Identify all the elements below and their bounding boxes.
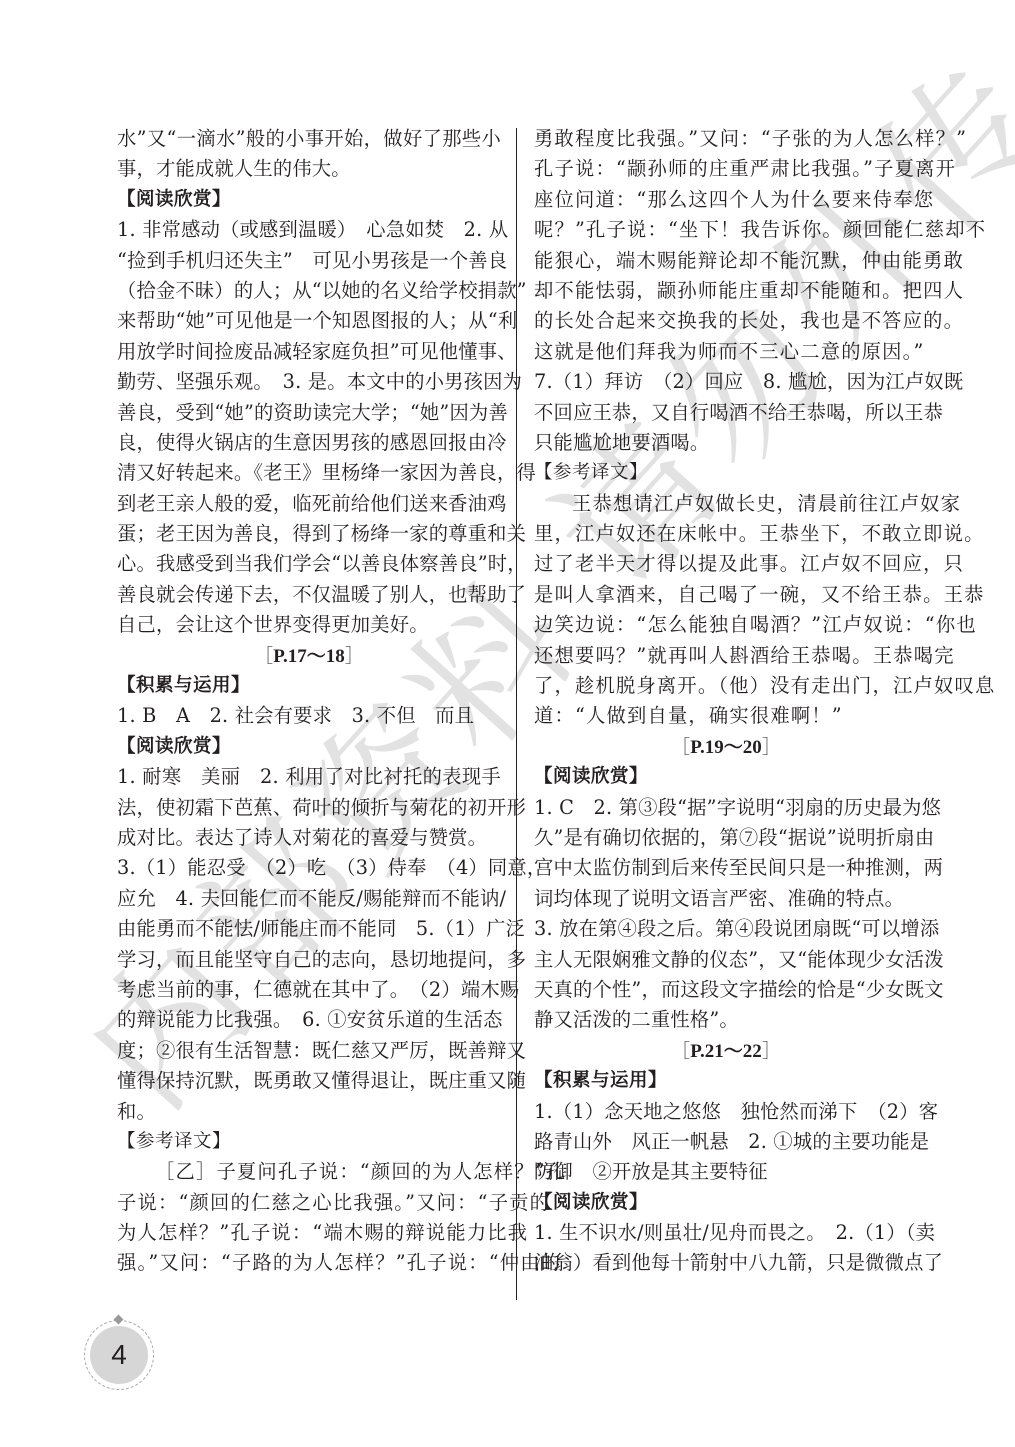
section-heading: 【阅读欣赏】: [117, 185, 501, 215]
answer-line: 到老王亲人般的爱，临死前给他们送来香油鸡: [117, 489, 501, 519]
section-heading: 【积累与运用】: [117, 671, 501, 701]
page-range-label: ［P.17～18］: [117, 641, 501, 671]
translation-line: 里，江卢奴还在床帐中。王恭坐下，不敢立即说。: [534, 519, 918, 549]
translation-line: 勇敢程度比我强。”又问：“子张的为人怎么样？”: [534, 124, 918, 154]
answer-line: 应允 4. 夫回能仁而不能反/赐能辩而不能讷/: [117, 884, 501, 914]
translation-line: 呢？”孔子说：“坐下！我告诉你。颜回能仁慈却不: [534, 215, 918, 245]
answer-line: 天真的个性”，而这段文字描绘的恰是“少女既文: [534, 975, 918, 1005]
answer-line: 度；②很有生活智慧：既仁慈又严厉，既善辩又: [117, 1036, 501, 1066]
section-heading: 【参考译文】: [534, 458, 918, 488]
answer-line: 宫中太监仿制到后来传至民间只是一种推测，两: [534, 853, 918, 883]
translation-line: 了，趁机脱身离开。（他）没有走出门，江卢奴叹息: [534, 671, 918, 701]
answer-line: 防御 ②开放是其主要特征: [534, 1157, 918, 1187]
page-number-badge: 4: [84, 1320, 154, 1390]
answer-line: 水”又“一滴水”般的小事开始，做好了那些小: [117, 124, 501, 154]
answer-line: 油翁）看到他每十箭射中八九箭，只是微微点了: [534, 1248, 918, 1278]
answer-line: 懂得保持沉默，既勇敢又懂得退让，既庄重又随: [117, 1066, 501, 1096]
answer-line: 1. C 2. 第③段“据”字说明“羽扇的历史最为悠: [534, 793, 918, 823]
answer-line: 静又活泼的二重性格”。: [534, 1005, 918, 1035]
answer-line: 来帮助“她”可见他是一个知恩图报的人；从“利: [117, 306, 501, 336]
answer-line: 1. 耐寒 美丽 2. 利用了对比衬托的表现手: [117, 762, 501, 792]
translation-line: 为人怎样？”孔子说：“端木赐的辩说能力比我: [117, 1218, 501, 1248]
translation-line: 孔子说：“颛孙师的庄重严肃比我强。”子夏离开: [534, 154, 918, 184]
answer-line: 自己，会让这个世界变得更加美好。: [117, 610, 501, 640]
translation-line: 子说：“颜回的仁慈之心比我强。”又问：“子贡的: [117, 1188, 501, 1218]
column-divider: [516, 128, 517, 1300]
translation-line: ［乙］子夏问孔子说：“颜回的为人怎样？”孔: [117, 1157, 501, 1187]
answer-line: 心。我感受到当我们学会“以善良体察善良”时，: [117, 549, 501, 579]
translation-line: 是叫人拿酒来，自己喝了一碗，又不给王恭。王恭: [534, 580, 918, 610]
answer-line: 良，使得火锅店的生意因男孩的感恩回报由冷: [117, 428, 501, 458]
page-range-text: P.21～22: [690, 1041, 762, 1062]
section-heading: 【参考译文】: [117, 1127, 501, 1157]
translation-line: 能狠心，端木赐能辩论却不能沉默，仲由能勇敢: [534, 246, 918, 276]
translation-line: 还想要吗？”就再叫人斟酒给王恭喝。王恭喝完: [534, 641, 918, 671]
answer-line: 1. 生不识水/则虽壮/见舟而畏之。 2.（1）（卖: [534, 1218, 918, 1248]
answer-line: 学习，而且能坚守自己的志向，恳切地提问，多: [117, 945, 501, 975]
right-column: 勇敢程度比我强。”又问：“子张的为人怎么样？”孔子说：“颛孙师的庄重严肃比我强。…: [534, 124, 918, 1279]
answer-line: 善良，受到“她”的资助读完大学；“她”因为善: [117, 398, 501, 428]
answer-line: 的辩说能力比我强。 6. ①安贫乐道的生活态: [117, 1005, 501, 1035]
answer-line: 不回应王恭，又自行喝酒不给王恭喝，所以王恭: [534, 398, 918, 428]
translation-line: 座位问道：“那么这四个人为什么要来侍奉您: [534, 185, 918, 215]
answer-line: 善良就会传递下去，不仅温暖了别人，也帮助了: [117, 580, 501, 610]
answer-line: 3.（1）能忍受 （2）吃 （3）侍奉 （4）同意，: [117, 853, 501, 883]
answer-line: 1. 非常感动（或感到温暖） 心急如焚 2. 从: [117, 215, 501, 245]
section-heading: 【阅读欣赏】: [534, 762, 918, 792]
answer-line: 1. B A 2. 社会有要求 3. 不但 而且: [117, 701, 501, 731]
page-range-text: P.19～20: [690, 737, 762, 758]
answer-line: 路青山外 风正一帆悬 2. ①城的主要功能是: [534, 1127, 918, 1157]
answer-line: “捡到手机归还失主” 可见小男孩是一个善良: [117, 246, 501, 276]
answer-line: 和。: [117, 1097, 501, 1127]
left-column: 水”又“一滴水”般的小事开始，做好了那些小事，才能成就人生的伟大。【阅读欣赏】1…: [117, 124, 501, 1279]
translation-line: 道：“人做到自量，确实很难啊！”: [534, 701, 918, 731]
page-range-text: P.17～18: [273, 646, 345, 667]
translation-line: 过了老半天才得以提及此事。江卢奴不回应，只: [534, 549, 918, 579]
answer-line: （拾金不昧）的人；从“以她的名义给学校捐款”: [117, 276, 501, 306]
section-heading: 【积累与运用】: [534, 1066, 918, 1096]
answer-line: 由能勇而不能怯/师能庄而不能同 5.（1）广泛: [117, 914, 501, 944]
answer-line: 1.（1）念天地之悠悠 独怆然而涕下 （2）客: [534, 1097, 918, 1127]
answer-line: 用放学时间捡废品减轻家庭负担”可见他懂事、: [117, 337, 501, 367]
section-heading: 【阅读欣赏】: [534, 1188, 918, 1218]
page-number: 4: [90, 1326, 148, 1384]
answer-line: 只能尴尬地要酒喝。: [534, 428, 918, 458]
translation-line: 强。”又问：“子路的为人怎样？”孔子说：“仲由的: [117, 1248, 501, 1278]
answer-line: 勤劳、坚强乐观。 3. 是。本文中的小男孩因为: [117, 367, 501, 397]
translation-line: 这就是他们拜我为师而不三心二意的原因。”: [534, 337, 918, 367]
answer-line: 3. 放在第④段之后。第④段说团扇既“可以增添: [534, 914, 918, 944]
translation-line: 的长处合起来交换我的长处，我也是不答应的。: [534, 306, 918, 336]
answer-line: 蛋；老王因为善良，得到了杨绛一家的尊重和关: [117, 519, 501, 549]
translation-line: 却不能怯弱，颛孙师能庄重却不能随和。把四人: [534, 276, 918, 306]
page-range-label: ［P.21～22］: [534, 1036, 918, 1066]
answer-line: 成对比。表达了诗人对菊花的喜爱与赞赏。: [117, 823, 501, 853]
translation-line: 王恭想请江卢奴做长史，清晨前往江卢奴家: [534, 489, 918, 519]
answer-line: 主人无限娴雅文静的仪态”，又“能体现少女活泼: [534, 945, 918, 975]
answer-line: 7.（1）拜访 （2）回应 8. 尴尬，因为江卢奴既: [534, 367, 918, 397]
answer-line: 词均体现了说明文语言严密、准确的特点。: [534, 884, 918, 914]
answer-line: 考虑当前的事，仁德就在其中了。 （2）端木赐: [117, 975, 501, 1005]
answer-line: 久”是有确切依据的，第⑦段“据说”说明折扇由: [534, 823, 918, 853]
page-range-label: ［P.19～20］: [534, 732, 918, 762]
translation-line: 边笑边说：“怎么能独自喝酒？”江卢奴说：“你也: [534, 610, 918, 640]
answer-line: 清又好转起来。《老王》里杨绛一家因为善良，得: [117, 458, 501, 488]
section-heading: 【阅读欣赏】: [117, 732, 501, 762]
answer-line: 法，使初霜下芭蕉、荷叶的倾折与菊花的初开形: [117, 793, 501, 823]
answer-line: 事，才能成就人生的伟大。: [117, 154, 501, 184]
